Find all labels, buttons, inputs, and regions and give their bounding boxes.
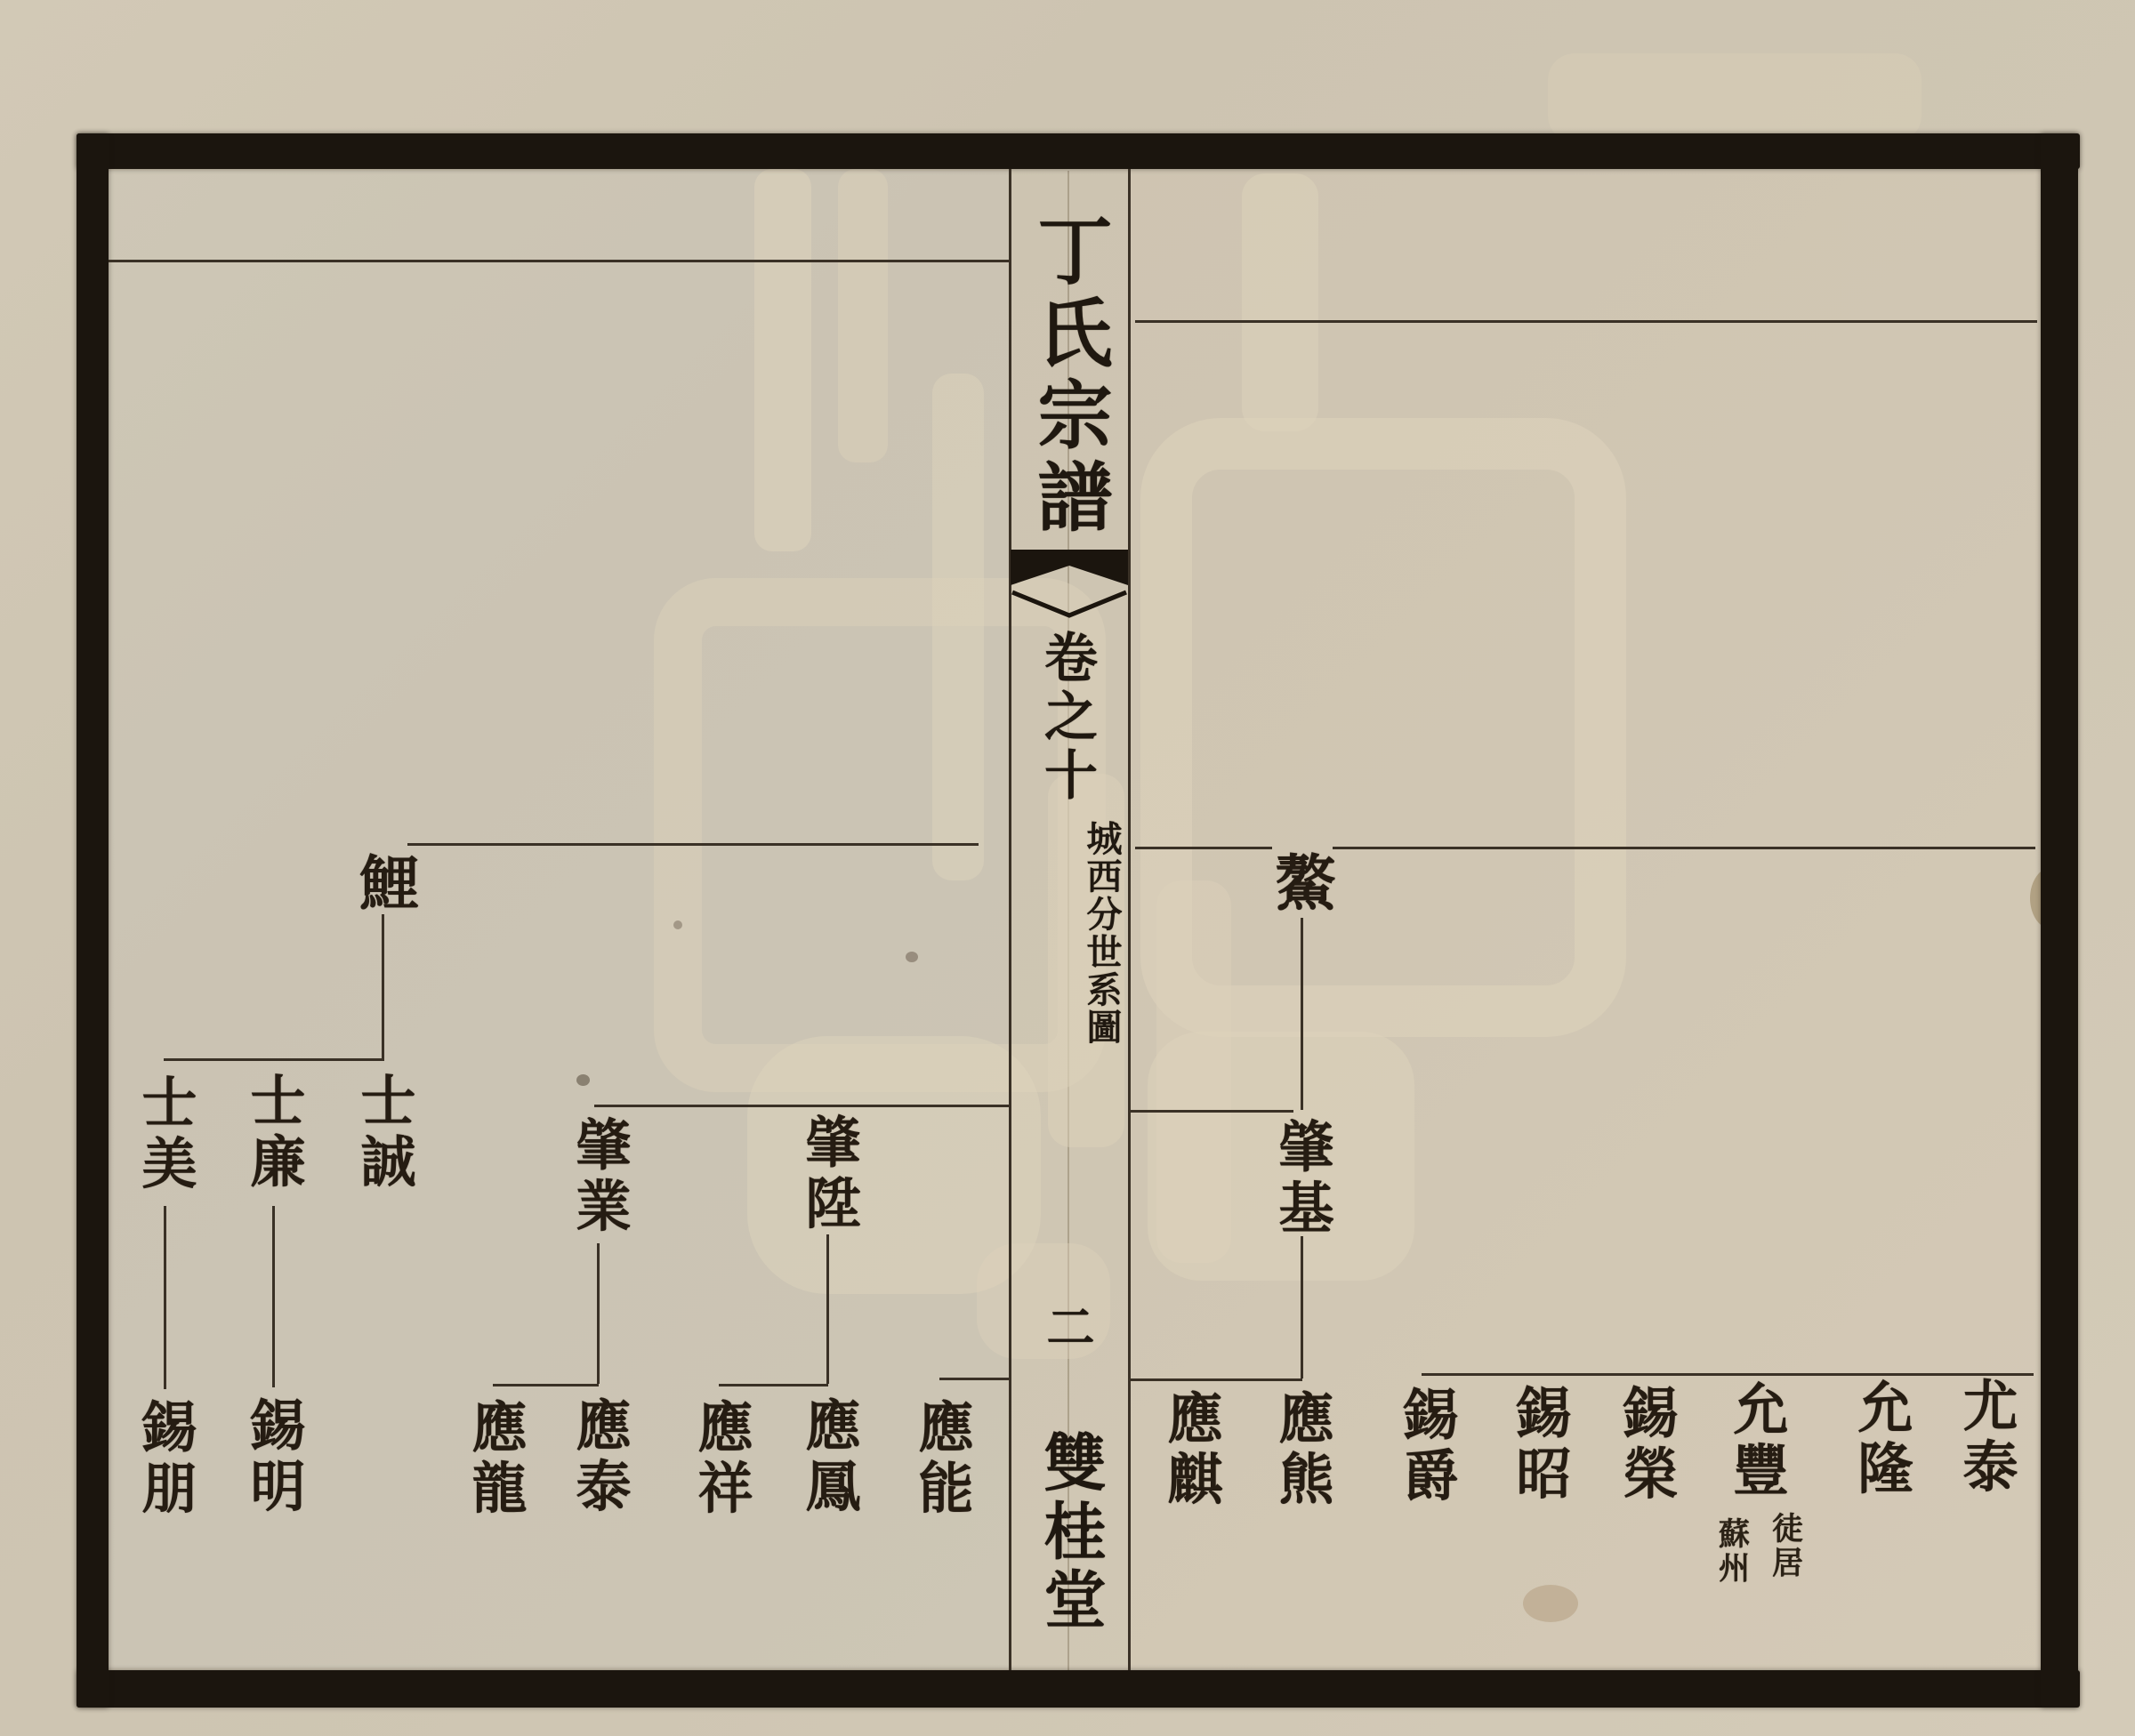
page-number: 二 bbox=[1043, 1302, 1091, 1354]
hall-name: 雙桂堂 bbox=[1037, 1430, 1100, 1636]
paper-stain bbox=[906, 952, 918, 962]
tree-node-ximing: 錫明 bbox=[245, 1396, 300, 1517]
spine-right-rule bbox=[1128, 169, 1131, 1670]
section-title: 城西分世系圖 bbox=[1084, 820, 1119, 1046]
tree-node-yunlong: 允隆 bbox=[1852, 1378, 1907, 1499]
frame-top-band bbox=[77, 133, 2080, 169]
bleed-through-ghost bbox=[932, 374, 984, 880]
bleed-through-ghost bbox=[838, 169, 888, 462]
paper-stain bbox=[1523, 1585, 1578, 1622]
tree-node-yingqi: 應麒 bbox=[1162, 1389, 1217, 1510]
zhaoji-children-line bbox=[1130, 1378, 1302, 1381]
zhao-sibling-line-left bbox=[594, 1105, 1009, 1107]
paper-stain bbox=[673, 920, 682, 929]
zhaosheng-children-line bbox=[719, 1384, 828, 1386]
left-page-inner-rule bbox=[109, 260, 1009, 262]
paper-stain bbox=[576, 1074, 590, 1086]
tree-node-xijue: 錫爵 bbox=[1398, 1386, 1453, 1507]
bleed-through-ghost bbox=[1140, 418, 1626, 1037]
tree-node-xirong: 錫榮 bbox=[1617, 1384, 1672, 1505]
tree-node-yunfeng: 允豐 bbox=[1728, 1380, 1783, 1501]
tree-node-xipeng: 錫朋 bbox=[136, 1398, 191, 1519]
bleed-through-ghost bbox=[1548, 53, 1921, 142]
tree-node-youtai: 尤泰 bbox=[1957, 1377, 2012, 1498]
book-title: 丁氏宗譜 bbox=[1030, 212, 1105, 541]
tree-node-yingneng: 應能 bbox=[913, 1398, 968, 1519]
frame-right-band bbox=[2041, 133, 2078, 1708]
gen1-sibling-line-right-a bbox=[1135, 847, 1272, 849]
ao-drop-line bbox=[1301, 918, 1303, 1110]
tree-node-xizhao: 錫昭 bbox=[1511, 1384, 1566, 1505]
yunfeng-note-col-left: 蘇州 bbox=[1717, 1517, 1748, 1586]
gen1-sibling-line-left bbox=[407, 843, 979, 846]
tree-node-yingxiong: 應熊 bbox=[1273, 1389, 1328, 1510]
zhaoye-drop-line bbox=[597, 1243, 600, 1384]
yunfeng-note-col-right: 徒居 bbox=[1770, 1512, 1801, 1580]
bleed-through-ghost bbox=[1156, 880, 1231, 1263]
tree-node-zhaosheng: 肇陞 bbox=[800, 1113, 855, 1234]
tree-node-ao: 鰲 bbox=[1270, 851, 1331, 918]
zhao-sibling-line-right bbox=[1128, 1110, 1293, 1113]
tree-node-yingtai: 應泰 bbox=[570, 1396, 625, 1517]
bleed-through-ghost bbox=[1242, 173, 1318, 431]
bleed-through-ghost bbox=[747, 1036, 1041, 1294]
zhaoye-children-line bbox=[493, 1384, 599, 1386]
bleed-through-ghost bbox=[754, 169, 811, 551]
gen1-sibling-line-right-b bbox=[1333, 847, 2035, 849]
yingneng-link-line bbox=[939, 1378, 1009, 1380]
fishtail-mark bbox=[1011, 544, 1128, 619]
tree-node-yingfeng: 應鳳 bbox=[800, 1396, 855, 1517]
zhaoji-drop-line bbox=[1301, 1236, 1303, 1378]
frame-bottom-band bbox=[77, 1670, 2080, 1708]
frame-left-band bbox=[77, 133, 109, 1708]
shimei-drop-line bbox=[164, 1206, 166, 1389]
genealogy-book-scan: 丁氏宗譜 卷之十 城西分世系圖 二 雙桂堂 鯉 士誠 士廉 士美 肇業 肇陞 錫… bbox=[0, 0, 2135, 1736]
tree-node-yingxiang: 應祥 bbox=[692, 1398, 747, 1519]
tree-node-zhaoye: 肇業 bbox=[570, 1116, 625, 1237]
volume-label: 卷之十 bbox=[1040, 630, 1093, 806]
tree-node-li: 鯉 bbox=[353, 852, 412, 917]
tree-node-shicheng: 士誠 bbox=[355, 1072, 410, 1193]
xi-yun-row-line bbox=[1422, 1373, 2034, 1376]
li-drop-line bbox=[382, 914, 384, 1060]
right-page-inner-rule bbox=[1135, 320, 2037, 323]
zhaosheng-drop-line bbox=[826, 1234, 829, 1384]
tree-node-yinglong: 應龍 bbox=[466, 1398, 521, 1519]
tree-node-shilian: 士廉 bbox=[245, 1072, 300, 1193]
spine-left-rule bbox=[1009, 169, 1011, 1670]
tree-node-zhaoji: 肇基 bbox=[1273, 1118, 1328, 1239]
shilian-drop-line bbox=[272, 1206, 275, 1387]
tree-node-shimei: 士美 bbox=[136, 1073, 191, 1194]
li-children-line bbox=[164, 1058, 384, 1061]
